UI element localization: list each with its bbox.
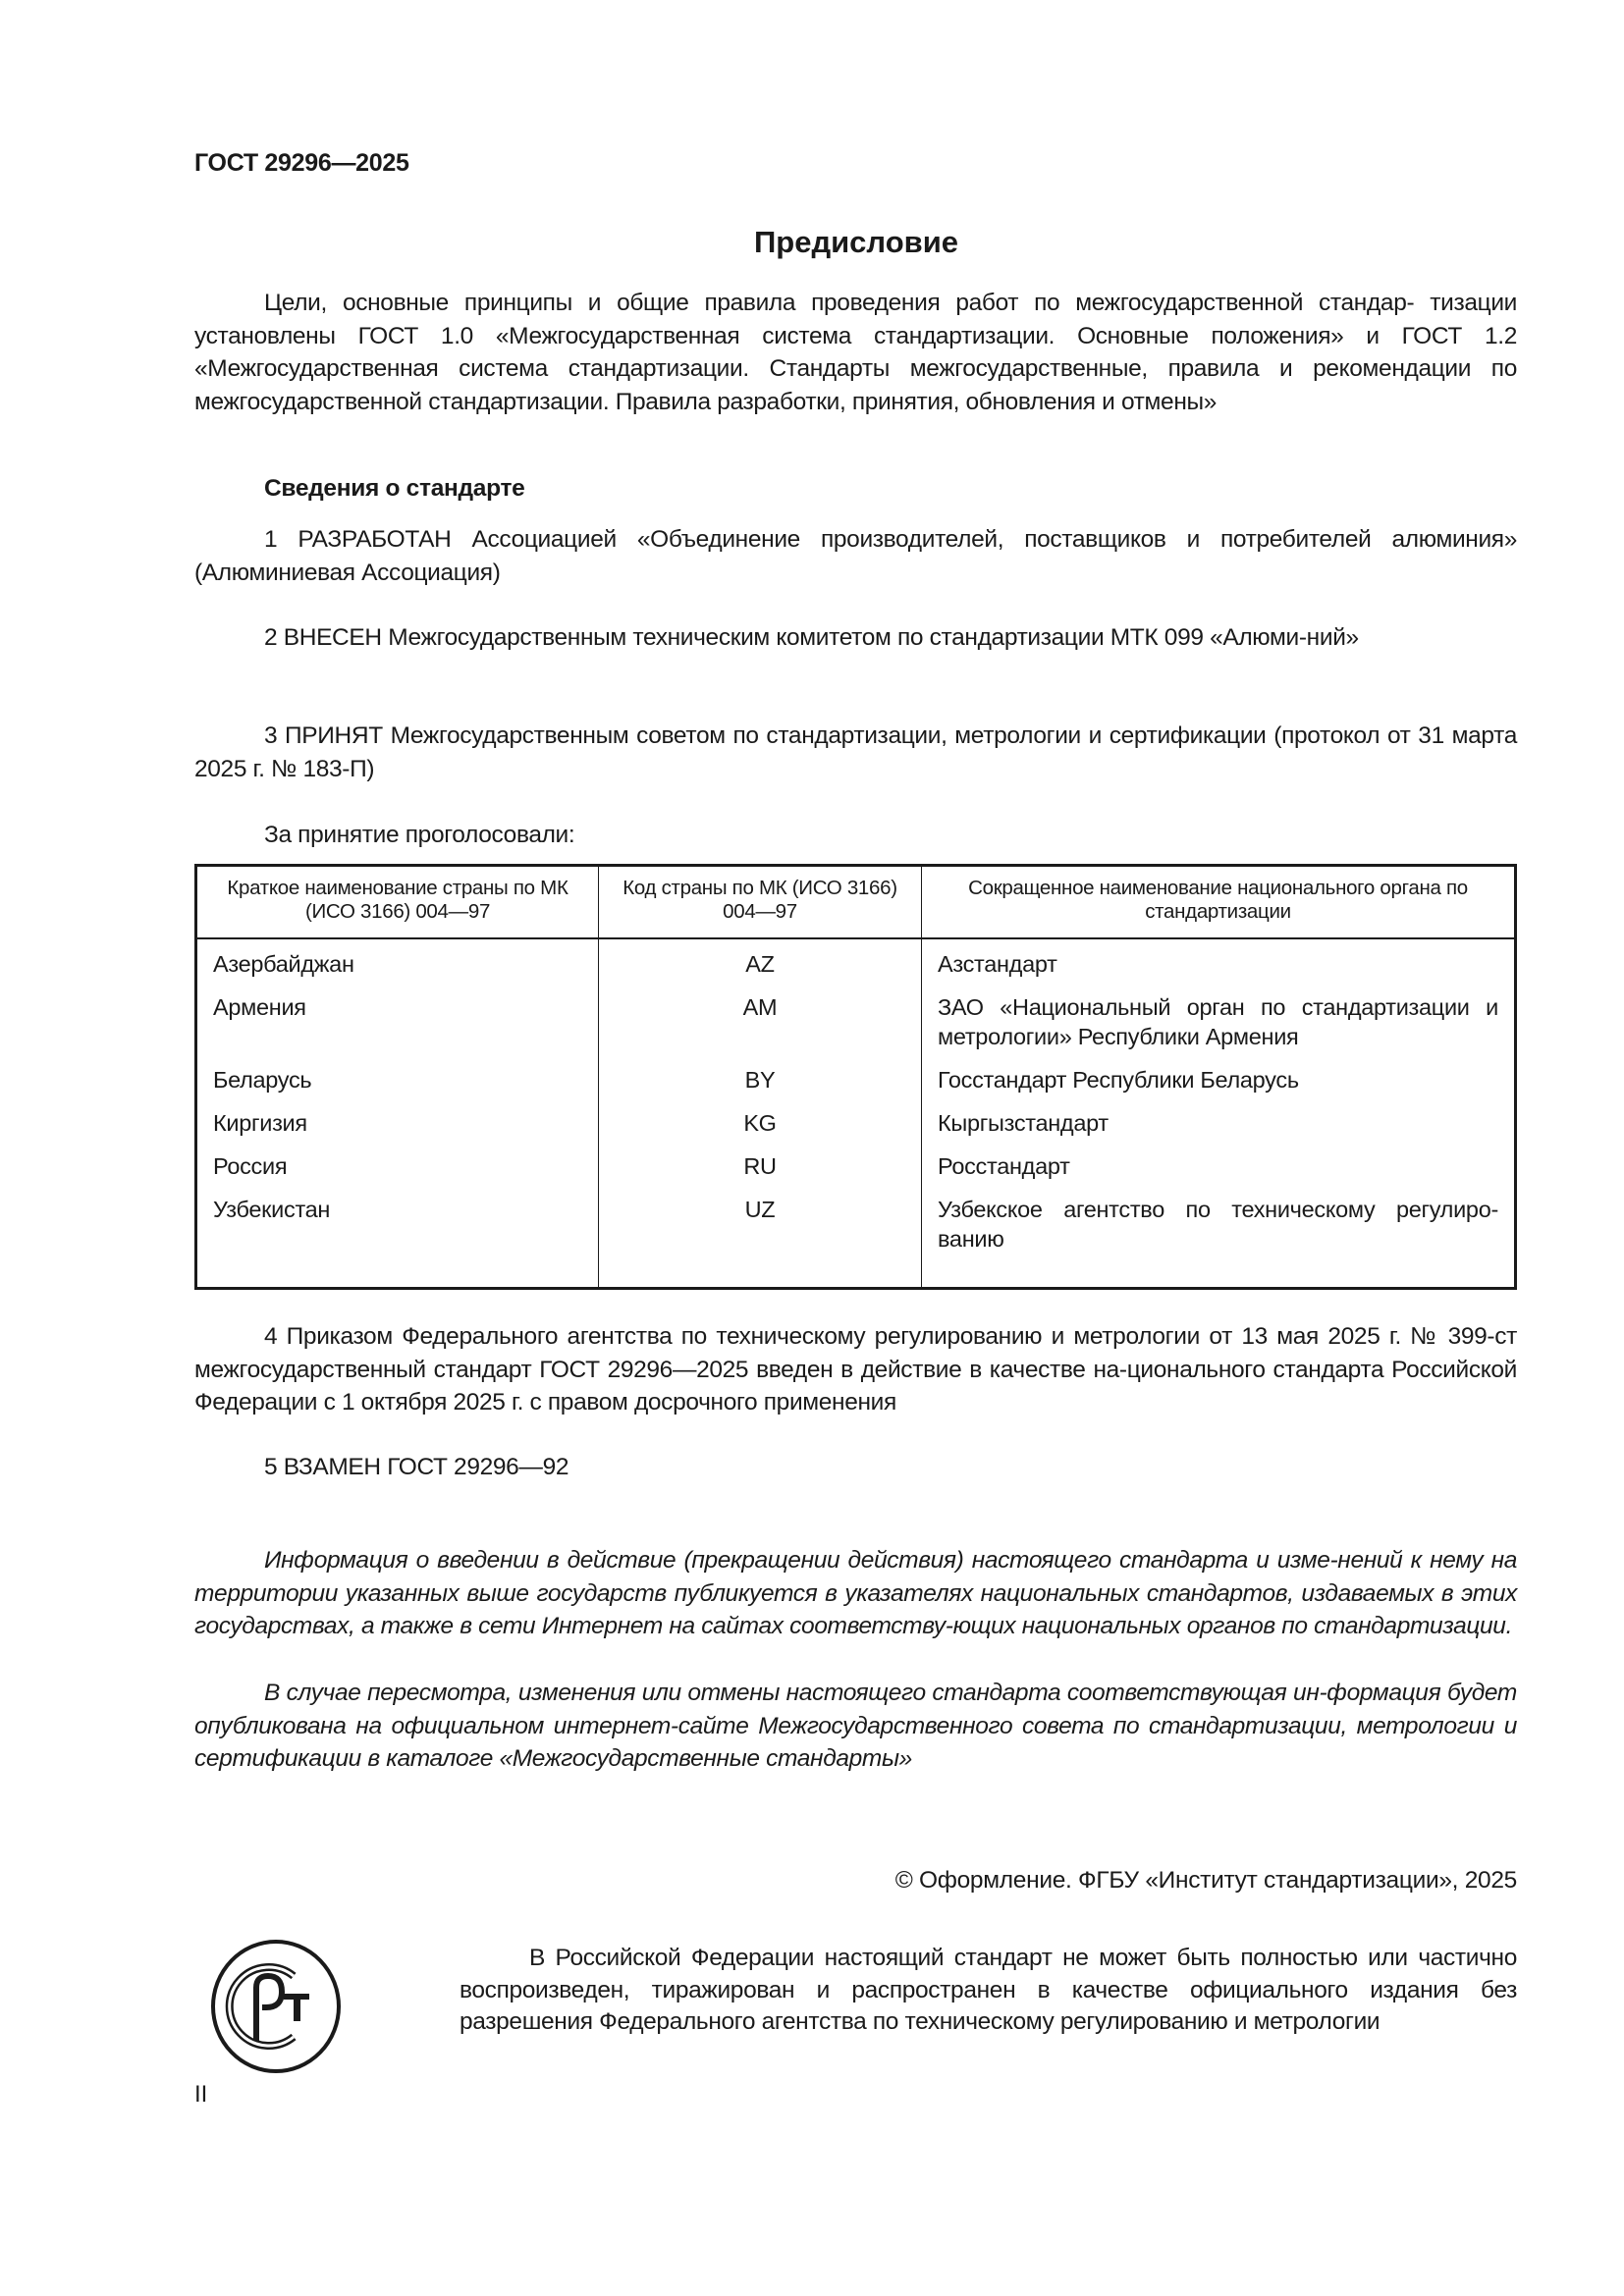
vote-table-header: Краткое наименование страны по МК (ИСО 3… [196, 866, 1516, 939]
page-title: Предисловие [0, 225, 1624, 260]
item-1: 1 РАЗРАБОТАН Ассоциацией «Объединение пр… [194, 523, 1517, 589]
cell-code: AM [599, 988, 922, 1061]
table-row: КиргизияKGКыргызстандарт [196, 1104, 1516, 1148]
intro-line-1: Цели, основные принципы и общие правила … [264, 290, 1414, 316]
header-country: Краткое наименование страны по МК (ИСО 3… [196, 866, 599, 939]
about-heading: Сведения о стандарте [264, 475, 524, 503]
vote-intro: За принятие проголосовали: [194, 819, 1517, 852]
cell-country: Армения [196, 988, 599, 1061]
vote-intro-text: За принятие проголосовали: [264, 822, 574, 848]
copyright: © Оформление. ФГБУ «Институт стандартиза… [895, 1867, 1517, 1895]
info-paragraph-2-text: В случае пересмотра, изменения или отмен… [194, 1680, 1517, 1772]
item-5: 5 ВЗАМЕН ГОСТ 29296—92 [194, 1451, 1517, 1484]
item-1-text: 1 РАЗРАБОТАН Ассоциацией «Объединение пр… [194, 526, 1517, 586]
table-row: АзербайджанAZАзстандарт [196, 938, 1516, 988]
cell-country: Узбекистан [196, 1191, 599, 1289]
info-paragraph-2: В случае пересмотра, изменения или отмен… [194, 1677, 1517, 1776]
table-row: УзбекистанUZУзбекское агентство по техни… [196, 1191, 1516, 1289]
intro-paragraph: Цели, основные принципы и общие правила … [194, 287, 1517, 418]
cell-country: Киргизия [196, 1104, 599, 1148]
reproduction-notice-text: В Российской Федерации настоящий стандар… [460, 1945, 1517, 2035]
info-paragraph-1: Информация о введении в действие (прекра… [194, 1544, 1517, 1643]
cell-country: Азербайджан [196, 938, 599, 988]
page-number: II [194, 2081, 207, 2109]
rst-certification-mark-icon [209, 1939, 343, 2074]
item-3-text: 3 ПРИНЯТ Межгосударственным советом по с… [194, 722, 1517, 782]
table-row: АрменияAMЗАО «Национальный орган по стан… [196, 988, 1516, 1061]
cell-country: Беларусь [196, 1061, 599, 1104]
document-code: ГОСТ 29296—2025 [194, 149, 409, 178]
header-body: Сокращенное наименование национального о… [922, 866, 1516, 939]
item-5-text: 5 ВЗАМЕН ГОСТ 29296—92 [264, 1454, 568, 1480]
item-2-text: 2 ВНЕСЕН Межгосударственным техническим … [264, 624, 1359, 651]
header-code: Код страны по МК (ИСО 3166) 004—97 [599, 866, 922, 939]
cell-standards-body: Узбекское агентство по техническому регу… [922, 1191, 1516, 1289]
reproduction-notice: В Российской Федерации настоящий стандар… [460, 1943, 1517, 2039]
info-paragraph-1-text: Информация о введении в действие (прекра… [194, 1547, 1517, 1639]
cell-code: BY [599, 1061, 922, 1104]
cell-code: RU [599, 1148, 922, 1191]
cell-standards-body: Кыргызстандарт [922, 1104, 1516, 1148]
cell-code: UZ [599, 1191, 922, 1289]
table-row: РоссияRUРосстандарт [196, 1148, 1516, 1191]
item-2: 2 ВНЕСЕН Межгосударственным техническим … [194, 621, 1517, 655]
cell-standards-body: Госстандарт Республики Беларусь [922, 1061, 1516, 1104]
cell-standards-body: ЗАО «Национальный орган по стандартизаци… [922, 988, 1516, 1061]
item-3: 3 ПРИНЯТ Межгосударственным советом по с… [194, 720, 1517, 785]
item-4-text: 4 Приказом Федерального агентства по тех… [194, 1323, 1517, 1415]
cell-code: KG [599, 1104, 922, 1148]
vote-table: Краткое наименование страны по МК (ИСО 3… [194, 864, 1517, 1290]
cell-country: Россия [196, 1148, 599, 1191]
cell-standards-body: Азстандарт [922, 938, 1516, 988]
item-4: 4 Приказом Федерального агентства по тех… [194, 1320, 1517, 1419]
table-row: БеларусьBYГосстандарт Республики Беларус… [196, 1061, 1516, 1104]
cell-standards-body: Росстандарт [922, 1148, 1516, 1191]
cell-code: AZ [599, 938, 922, 988]
